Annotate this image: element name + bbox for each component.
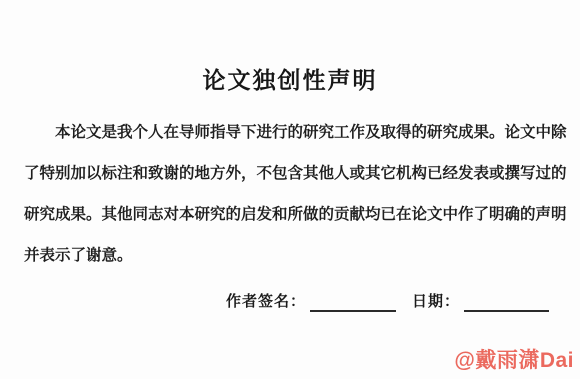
date-blank-line (464, 294, 549, 312)
watermark-text: @戴雨潇Dai (454, 344, 574, 374)
paragraph-line-2: 了特别加以标注和致谢的地方外，不包含其他人或其它机构已经发表或撰写过的 (24, 153, 562, 194)
scanned-document-page: 论文独创性声明 本论文是我个人在导师指导下进行的研究工作及取得的研究成果。论文中… (0, 0, 580, 379)
paragraph-line-4: 并表示了谢意。 (24, 235, 562, 276)
author-signature-blank-line (310, 294, 396, 312)
signature-row: 作者签名： 日期： (226, 292, 549, 312)
date-label: 日期： (412, 292, 460, 312)
paragraph-line-1: 本论文是我个人在导师指导下进行的研究工作及取得的研究成果。论文中除 (24, 112, 562, 153)
document-title: 论文独创性声明 (0, 62, 580, 95)
declaration-paragraph: 本论文是我个人在导师指导下进行的研究工作及取得的研究成果。论文中除 了特别加以标… (24, 112, 562, 276)
paragraph-line-3: 研究成果。其他同志对本研究的启发和所做的贡献均已在论文中作了明确的声明 (24, 194, 562, 235)
author-signature-label: 作者签名： (226, 292, 306, 312)
